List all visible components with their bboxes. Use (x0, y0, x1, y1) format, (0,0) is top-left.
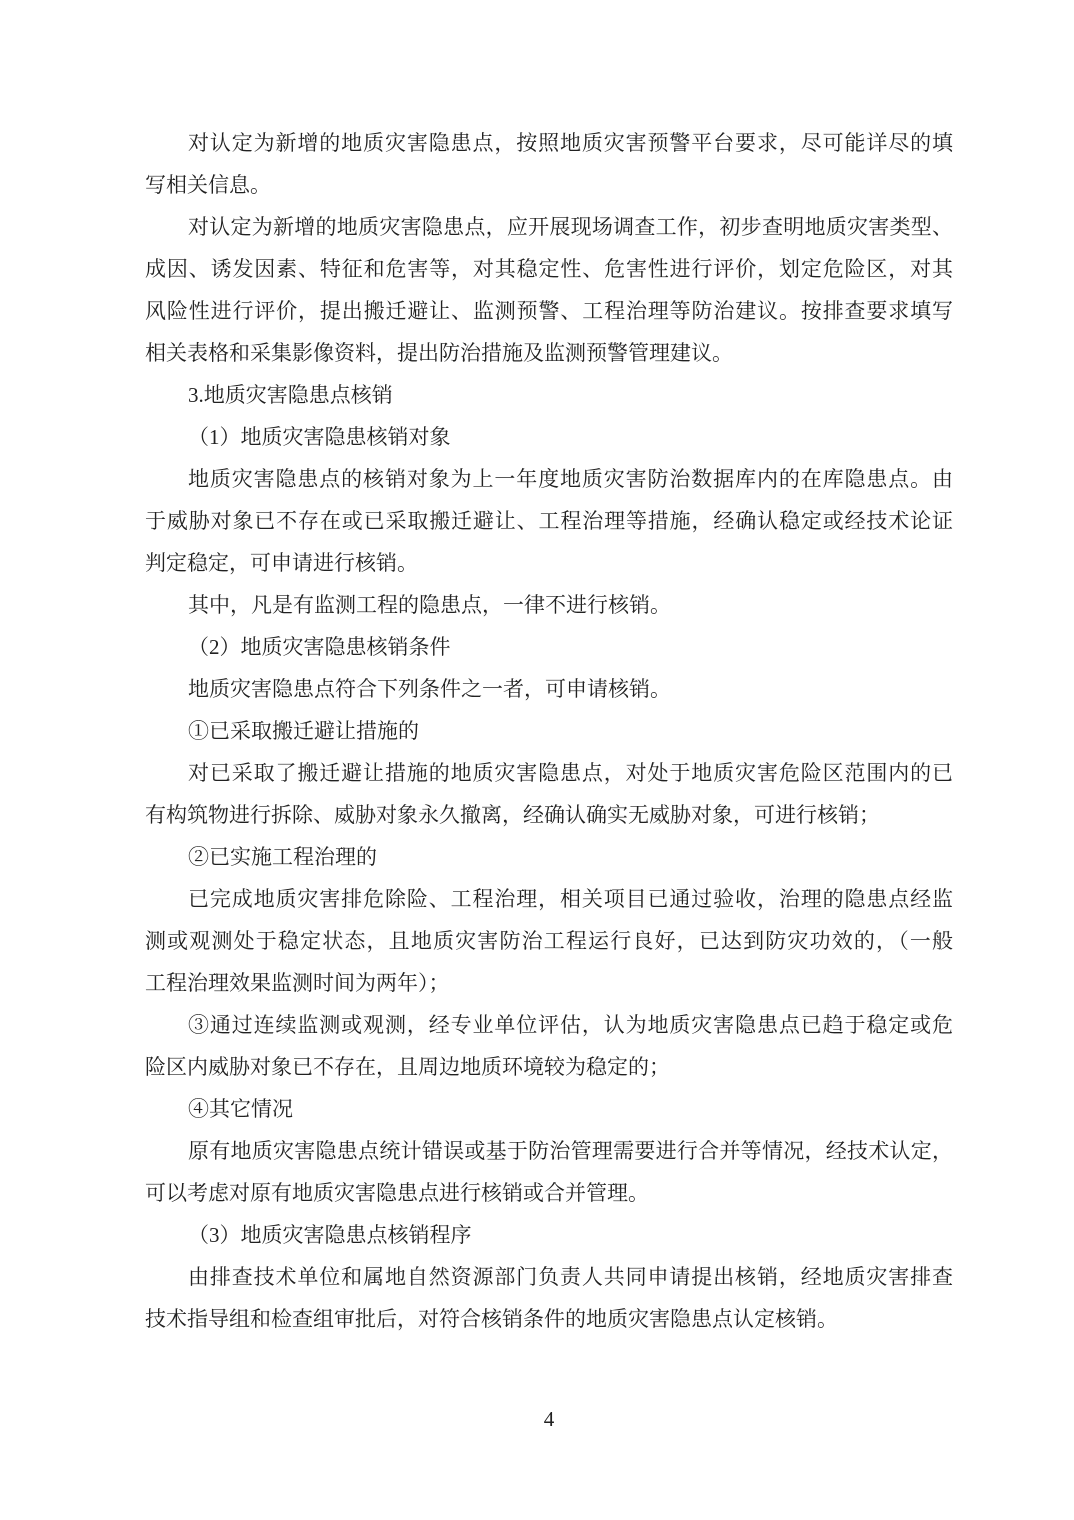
list-item-heading: ③通过连续监测或观测，经专业单位评估，认为地质灾害隐患点已趋于稳定或危 (145, 1004, 953, 1046)
document-page: 对认定为新增的地质灾害隐患点，按照地质灾害预警平台要求，尽可能详尽的填 写相关信… (0, 0, 1074, 1520)
text-line: 测或观测处于稳定状态，且地质灾害防治工程运行良好，已达到防灾功效的，（一般 (145, 920, 953, 962)
list-item-heading: ①已采取搬迁避让措施的 (145, 710, 953, 752)
text-line: 可以考虑对原有地质灾害隐患点进行核销或合并管理。 (145, 1172, 953, 1214)
text-line: 写相关信息。 (145, 164, 953, 206)
text-line: 对认定为新增的地质灾害隐患点，应开展现场调查工作，初步查明地质灾害类型、 (145, 206, 953, 248)
text-line: 技术指导组和检查组审批后，对符合核销条件的地质灾害隐患点认定核销。 (145, 1298, 953, 1340)
text-line: 对已采取了搬迁避让措施的地质灾害隐患点，对处于地质灾害危险区范围内的已 (145, 752, 953, 794)
text-line: 相关表格和采集影像资料，提出防治措施及监测预警管理建议。 (145, 332, 953, 374)
text-line: 已完成地质灾害排危除险、工程治理，相关项目已通过验收，治理的隐患点经监 (145, 878, 953, 920)
document-body: 对认定为新增的地质灾害隐患点，按照地质灾害预警平台要求，尽可能详尽的填 写相关信… (145, 122, 953, 1340)
text-line: 地质灾害隐患点的核销对象为上一年度地质灾害防治数据库内的在库隐患点。由 (145, 458, 953, 500)
subsection-heading: （2）地质灾害隐患核销条件 (145, 626, 953, 668)
list-item-heading: ④其它情况 (145, 1088, 953, 1130)
text-line: 原有地质灾害隐患点统计错误或基于防治管理需要进行合并等情况，经技术认定， (145, 1130, 953, 1172)
list-item-heading: ②已实施工程治理的 (145, 836, 953, 878)
text-line: 其中，凡是有监测工程的隐患点，一律不进行核销。 (145, 584, 953, 626)
subsection-heading: （3）地质灾害隐患点核销程序 (145, 1214, 953, 1256)
text-line: 工程治理效果监测时间为两年）； (145, 962, 953, 1004)
text-line: 判定稳定，可申请进行核销。 (145, 542, 953, 584)
text-line: 风险性进行评价，提出搬迁避让、监测预警、工程治理等防治建议。按排查要求填写 (145, 290, 953, 332)
text-line: 对认定为新增的地质灾害隐患点，按照地质灾害预警平台要求，尽可能详尽的填 (145, 122, 953, 164)
text-line: 于威胁对象已不存在或已采取搬迁避让、工程治理等措施，经确认稳定或经技术论证 (145, 500, 953, 542)
text-line: 成因、诱发因素、特征和危害等，对其稳定性、危害性进行评价，划定危险区，对其 (145, 248, 953, 290)
page-number: 4 (145, 1398, 953, 1440)
text-line: 有构筑物进行拆除、威胁对象永久撤离，经确认确实无威胁对象，可进行核销； (145, 794, 953, 836)
section-heading: 3.地质灾害隐患点核销 (145, 374, 953, 416)
text-line: 由排查技术单位和属地自然资源部门负责人共同申请提出核销，经地质灾害排查 (145, 1256, 953, 1298)
text-line: 地质灾害隐患点符合下列条件之一者，可申请核销。 (145, 668, 953, 710)
text-line: 险区内威胁对象已不存在，且周边地质环境较为稳定的； (145, 1046, 953, 1088)
subsection-heading: （1）地质灾害隐患核销对象 (145, 416, 953, 458)
